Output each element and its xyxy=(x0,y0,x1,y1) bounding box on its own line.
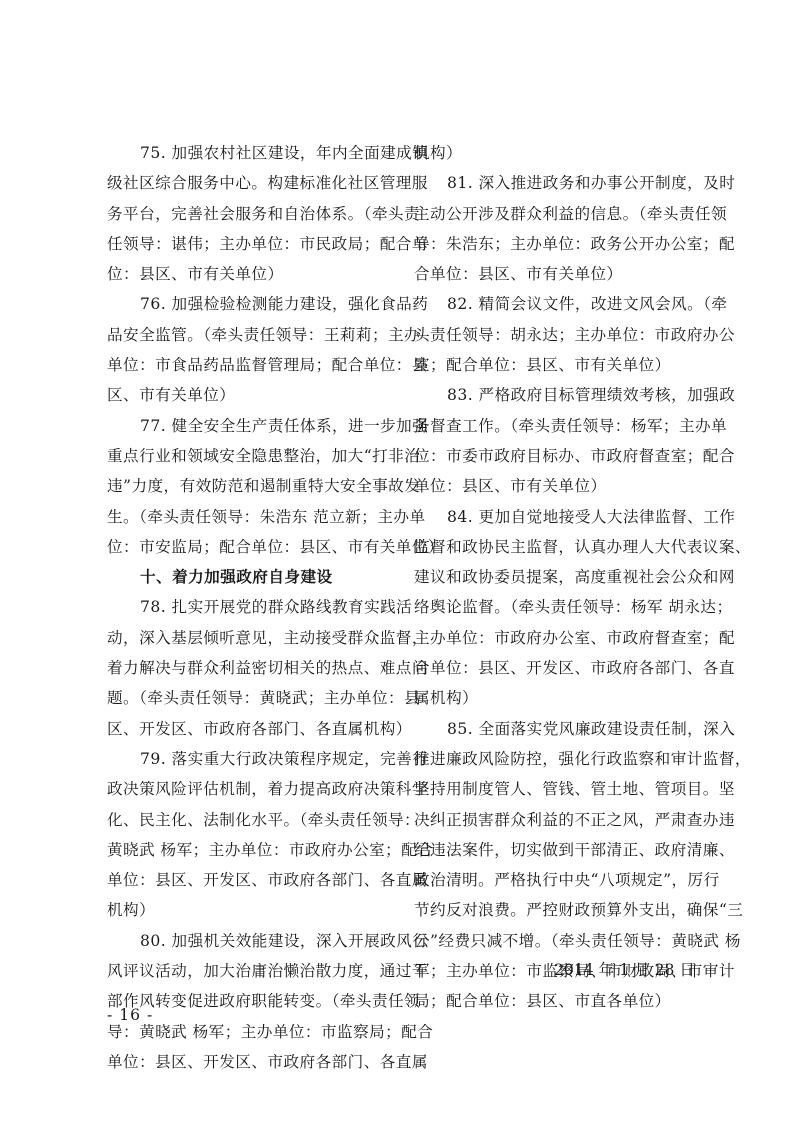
text-line: 重点行业和领域安全隐患整治，加大“打非治 xyxy=(107,441,389,471)
text-line: 公”经费只减不增。（牵头责任领导：黄晓武 杨 xyxy=(414,926,696,956)
text-line: 位：市委市政府目标办、市政府督查室；配合 xyxy=(414,441,696,471)
text-line: 生。（牵头责任领导：朱浩东 范立新；主办单 xyxy=(107,502,389,532)
text-line: 79. 落实重大行政决策程序规定，完善行 xyxy=(107,744,389,774)
text-line: 机构） xyxy=(414,138,696,168)
text-line: 题。（牵头责任领导：黄晓武；主办单位：县 xyxy=(107,683,389,713)
text-line: 违”力度，有效防范和遏制重特大安全事故发 xyxy=(107,471,389,501)
text-line: 务平台，完善社会服务和自治体系。（牵头责 xyxy=(107,199,389,229)
text-line: 着力解决与群众利益密切相关的热点、难点问 xyxy=(107,653,389,683)
text-line: 单位：县区、开发区、市政府各部门、各直属 xyxy=(107,865,389,895)
text-line: 导：朱浩东；主办单位：政务公开办公室；配 xyxy=(414,229,696,259)
text-line: 黄晓武 杨军；主办单位：市政府办公室；配合 xyxy=(107,835,389,865)
text-line: 84. 更加自觉地接受人大法律监督、工作 xyxy=(414,502,696,532)
text-line: 75. 加强农村社区建设，年内全面建成镇 xyxy=(107,138,389,168)
text-line: 85. 全面落实党风廉政建设责任制，深入 xyxy=(414,714,696,744)
text-line: 动，深入基层倾听意见，主动接受群众监督， xyxy=(107,623,389,653)
text-line: 室；配合单位：县区、市有关单位） xyxy=(414,350,696,380)
text-line: 局；配合单位：县区、市直各单位） xyxy=(414,986,696,1016)
text-line: 区、市有关单位） xyxy=(107,380,389,410)
text-line: 主办单位：市政府办公室、市政府督查室；配 xyxy=(414,623,696,653)
text-line: 络舆论监督。（牵头责任领导：杨军 胡永达； xyxy=(414,592,696,622)
text-line: 单位：县区、市有关单位） xyxy=(414,471,696,501)
text-line: 纪违法案件，切实做到干部清正、政府清廉、 xyxy=(414,835,696,865)
text-line: 合单位：县区、开发区、市政府各部门、各直 xyxy=(414,653,696,683)
text-line: 坚持用制度管人、管钱、管土地、管项目。坚 xyxy=(414,774,696,804)
document-date: 2014 年 1 月 28 日 xyxy=(554,955,695,985)
text-line: 83. 严格政府目标管理绩效考核，加强政 xyxy=(414,380,696,410)
text-line: 76. 加强检验检测能力建设，强化食品药 xyxy=(107,289,389,319)
text-line: 风评议活动，加大治庸治懒治散力度，通过干 xyxy=(107,956,389,986)
text-line: 政治清明。严格执行中央“八项规定”，厉行 xyxy=(414,865,696,895)
text-line: 政决策风险评估机制，着力提高政府决策科学 xyxy=(107,774,389,804)
right-column: 机构）81. 深入推进政务和办事公开制度，及时主动公开涉及群众利益的信息。（牵头… xyxy=(414,138,696,1017)
text-line: 位：县区、市有关单位） xyxy=(107,259,389,289)
text-line: 任领导：谌伟；主办单位：市民政局；配合单 xyxy=(107,229,389,259)
page-number: - 16 - xyxy=(107,1000,153,1030)
text-line: 合单位：县区、市有关单位） xyxy=(414,259,696,289)
text-line: 化、民主化、法制化水平。（牵头责任领导： xyxy=(107,805,389,835)
text-line: 82. 精简会议文件，改进文风会风。（牵 xyxy=(414,289,696,319)
text-line: 位：市安监局；配合单位：县区、市有关单位） xyxy=(107,532,389,562)
text-line: 级社区综合服务中心。构建标准化社区管理服 xyxy=(107,168,389,198)
text-line: 机构） xyxy=(107,895,389,925)
text-line: 建议和政协委员提案，高度重视社会公众和网 xyxy=(414,562,696,592)
text-line: 78. 扎实开展党的群众路线教育实践活 xyxy=(107,592,389,622)
left-column: 75. 加强农村社区建设，年内全面建成镇级社区综合服务中心。构建标准化社区管理服… xyxy=(107,138,389,1077)
text-line: 80. 加强机关效能建设，深入开展政风行 xyxy=(107,926,389,956)
text-line: 推进廉政风险防控，强化行政监察和审计监督， xyxy=(414,744,696,774)
text-line: 属机构） xyxy=(414,683,696,713)
text-line: 单位：市食品药品监督管理局；配合单位：县 xyxy=(107,350,389,380)
text-line: 77. 健全安全生产责任体系，进一步加强 xyxy=(107,411,389,441)
text-line: 81. 深入推进政务和办事公开制度，及时 xyxy=(414,168,696,198)
text-line: 品安全监管。（牵头责任领导：王莉莉；主办 xyxy=(107,320,389,350)
text-line: 务督查工作。（牵头责任领导：杨军；主办单 xyxy=(414,411,696,441)
section-heading: 十、着力加强政府自身建设 xyxy=(107,562,389,592)
text-line: 决纠正损害群众利益的不正之风，严肃查办违 xyxy=(414,805,696,835)
text-line: 区、开发区、市政府各部门、各直属机构） xyxy=(107,714,389,744)
text-line: 主动公开涉及群众利益的信息。（牵头责任领 xyxy=(414,199,696,229)
text-line: 监督和政协民主监督，认真办理人大代表议案、 xyxy=(414,532,696,562)
text-line: 单位：县区、开发区、市政府各部门、各直属 xyxy=(107,1047,389,1077)
text-line: 节约反对浪费。严控财政预算外支出，确保“三 xyxy=(414,895,696,925)
text-line: 头责任领导：胡永达；主办单位：市政府办公 xyxy=(414,320,696,350)
